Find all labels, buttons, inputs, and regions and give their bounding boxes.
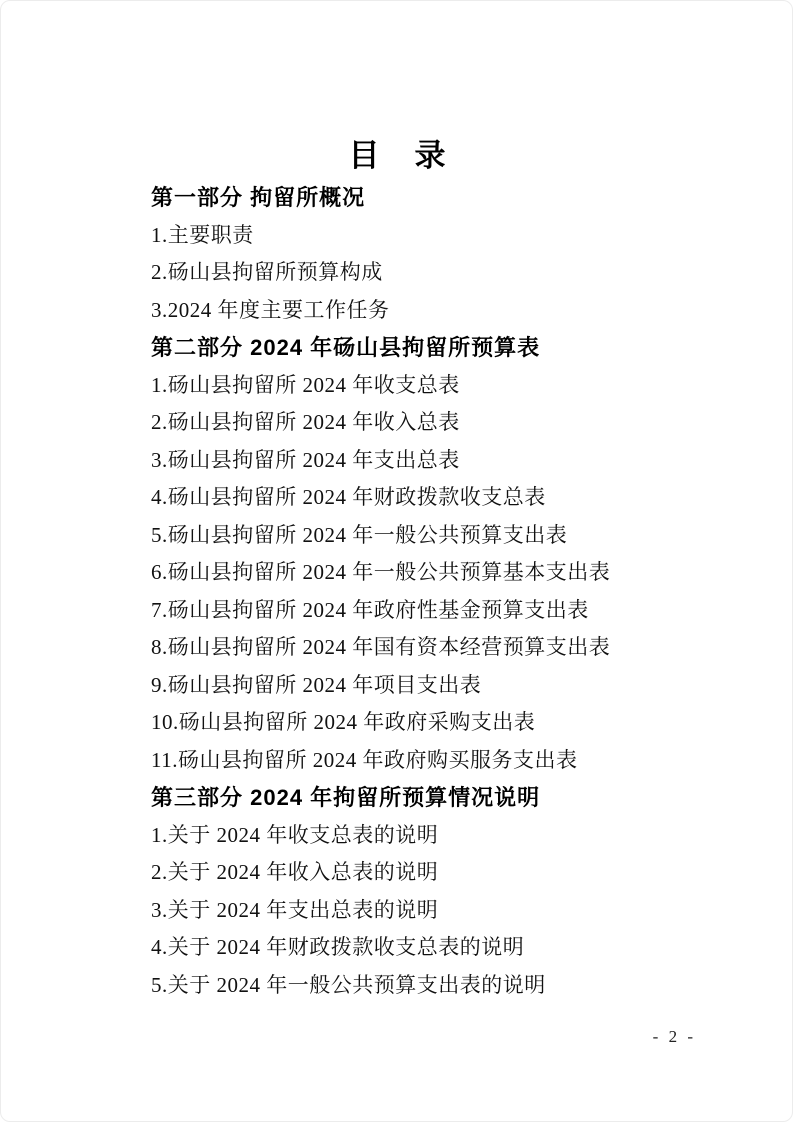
page-number: - 2 -	[653, 1027, 696, 1047]
toc-item: 1.关于 2024 年收支总表的说明	[151, 817, 711, 855]
page-title: 目 录	[151, 133, 645, 179]
toc-item: 3.关于 2024 年支出总表的说明	[151, 892, 711, 930]
toc-item: 2.砀山县拘留所 2024 年收入总表	[151, 404, 711, 442]
toc-item: 6.砀山县拘留所 2024 年一般公共预算基本支出表	[151, 554, 711, 592]
toc-section-heading: 第三部分 2024 年拘留所预算情况说明	[151, 779, 711, 817]
toc-item: 5.砀山县拘留所 2024 年一般公共预算支出表	[151, 517, 711, 555]
toc-list: 第一部分 拘留所概况1.主要职责2.砀山县拘留所预算构成3.2024 年度主要工…	[151, 179, 711, 1004]
toc-item: 11.砀山县拘留所 2024 年政府购买服务支出表	[151, 742, 711, 780]
toc-item: 8.砀山县拘留所 2024 年国有资本经营预算支出表	[151, 629, 711, 667]
toc-item: 4.砀山县拘留所 2024 年财政拨款收支总表	[151, 479, 711, 517]
toc-item: 7.砀山县拘留所 2024 年政府性基金预算支出表	[151, 592, 711, 630]
toc-item: 3.砀山县拘留所 2024 年支出总表	[151, 442, 711, 480]
toc-item: 2.关于 2024 年收入总表的说明	[151, 854, 711, 892]
toc-section-heading: 第二部分 2024 年砀山县拘留所预算表	[151, 329, 711, 367]
toc-item: 5.关于 2024 年一般公共预算支出表的说明	[151, 967, 711, 1005]
toc-item: 10.砀山县拘留所 2024 年政府采购支出表	[151, 704, 711, 742]
toc-item: 4.关于 2024 年财政拨款收支总表的说明	[151, 929, 711, 967]
toc-section-heading: 第一部分 拘留所概况	[151, 179, 711, 217]
toc-item: 3.2024 年度主要工作任务	[151, 292, 711, 330]
document-page: 目 录 第一部分 拘留所概况1.主要职责2.砀山县拘留所预算构成3.2024 年…	[0, 0, 793, 1122]
toc-item: 9.砀山县拘留所 2024 年项目支出表	[151, 667, 711, 705]
toc-item: 1.主要职责	[151, 217, 711, 255]
toc-item: 1.砀山县拘留所 2024 年收支总表	[151, 367, 711, 405]
toc-item: 2.砀山县拘留所预算构成	[151, 254, 711, 292]
